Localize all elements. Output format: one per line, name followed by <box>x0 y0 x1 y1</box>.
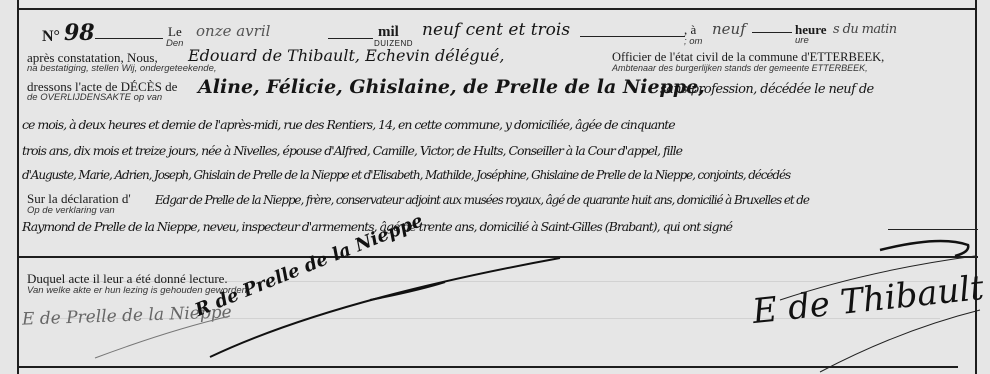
signature-flourishes <box>0 0 990 374</box>
death-certificate-page: N° 98 Le Den onze avril mil DUIZEND neuf… <box>0 0 990 374</box>
